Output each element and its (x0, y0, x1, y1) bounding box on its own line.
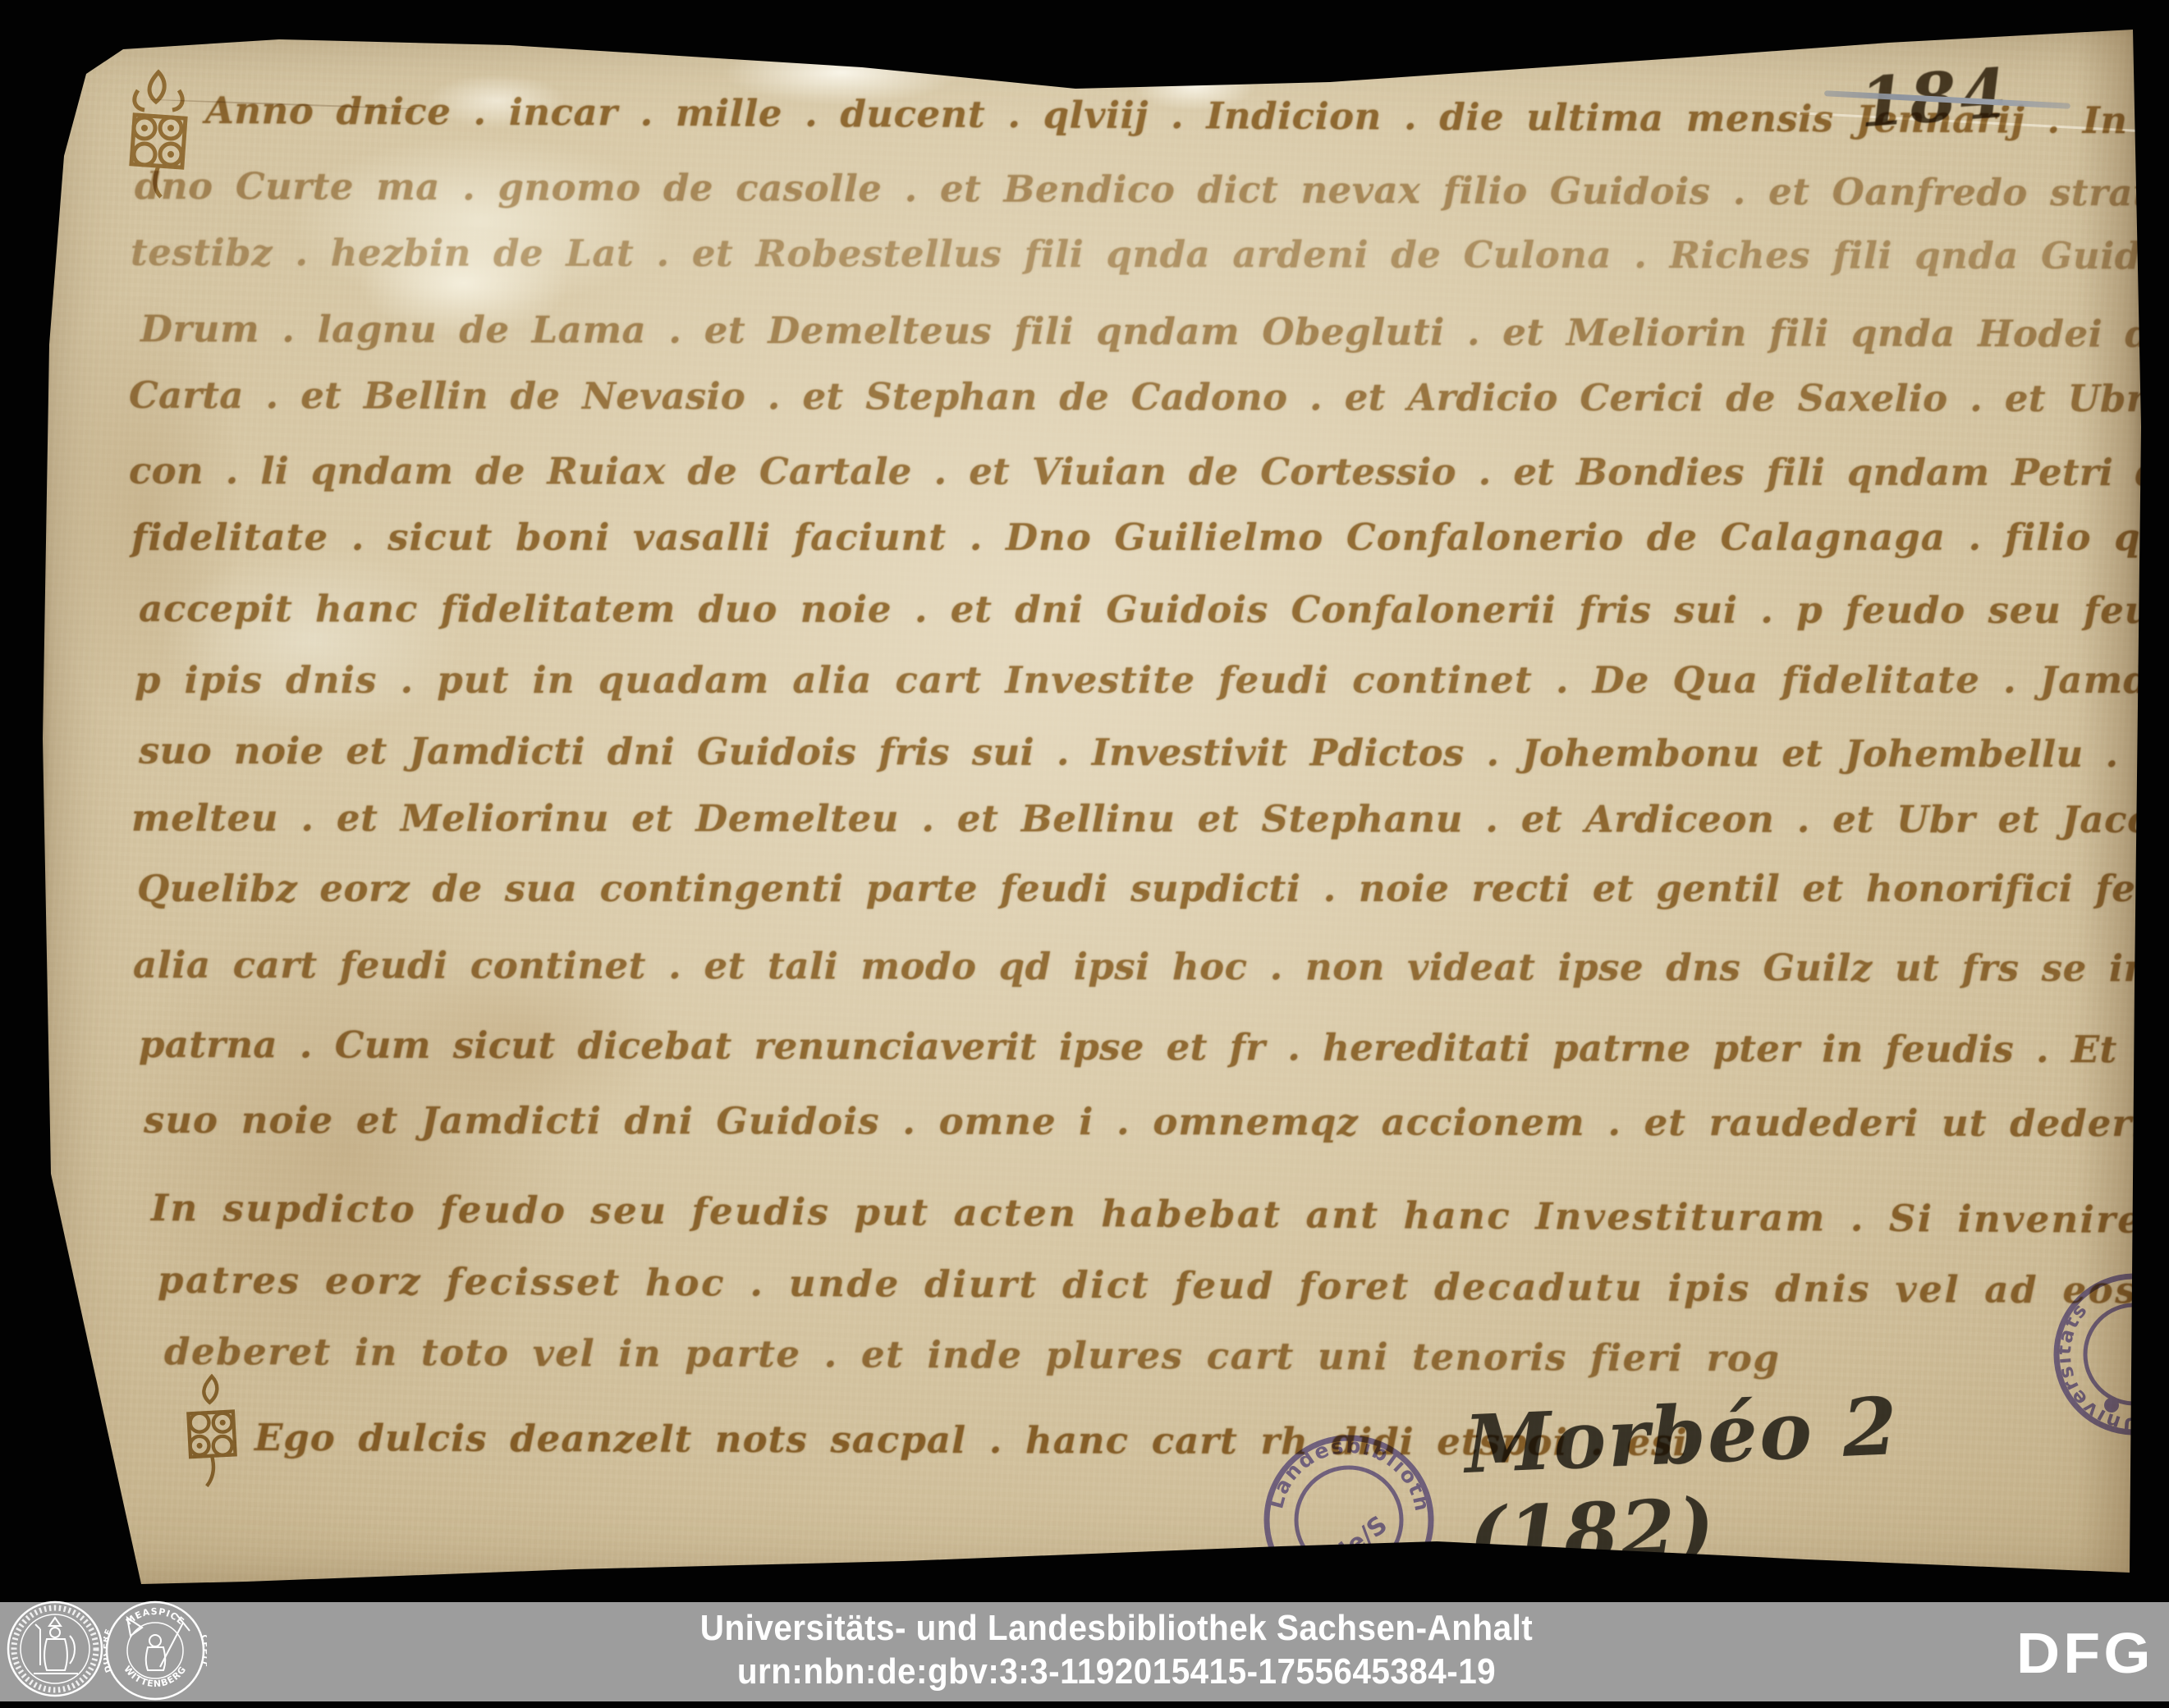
svg-text:CEPIT: CEPIT (199, 1634, 207, 1668)
shelfmark-annotation: Morbéo 2 (182) (1462, 1369, 2146, 1584)
manuscript-line: Quelibz eorz de sua contingenti parte fe… (137, 867, 2169, 910)
faded-patch (287, 135, 673, 308)
manuscript-line: alia cart feudi continet . et tali modo … (133, 943, 2169, 991)
svg-text:WITTENBERG: WITTENBERG (122, 1664, 188, 1689)
svg-text:Universitäts: Universitäts (2048, 1294, 2148, 1440)
seal-motto-right: CEPIT (199, 1634, 207, 1668)
svg-text:DOCERE: DOCERE (103, 1628, 114, 1674)
university-seal-left-icon (5, 1599, 105, 1706)
university-seal-right-icon: MEASPICE WITTENBERG DOCERE CEPIT (103, 1599, 207, 1706)
svg-text:u. Landesbibliothek: u. Landesbibliothek (1263, 1434, 1435, 1525)
manuscript-line: In supdicto feudo seu feudis put acten h… (151, 1186, 2169, 1245)
manuscript-line: deberet in toto vel in parte . et inde p… (164, 1330, 1781, 1381)
manuscript-line: patres eorz fecisset hoc . unde diurt di… (158, 1258, 2169, 1315)
stamp-inner-text: Halle/S (1299, 1510, 1393, 1593)
parchment-document: Anno dnice . incar . mille . ducent . ql… (41, 25, 2143, 1594)
stamp-arc-text: u. Landesbibliothek (1263, 1434, 1435, 1525)
manuscript-line: patrna . Cum sicut dicebat renunciaverit… (139, 1023, 2169, 1073)
manuscript-line: suo noie et Jamdicti dni Guidois fris su… (139, 729, 2169, 777)
manuscript-line: testibz . hezbin de Lat . et Robestellus… (131, 231, 2169, 279)
seal-motto-left: DOCERE (103, 1628, 114, 1674)
manuscript-line: accepit hanc fidelitatem duo noie . et d… (139, 587, 2169, 633)
seal-motto-top: MEASPICE (124, 1606, 186, 1628)
manuscript-line: Carta . et Bellin de Nevasio . et Stepha… (129, 373, 2169, 422)
manuscript-line: p ipis dnis . put in quadam alia cart In… (135, 658, 2169, 702)
library-name: Universitäts- und Landesbibliothek Sachs… (406, 1607, 1827, 1650)
manuscript-line: suo noie et Jamdicti dni Guidois . omne … (144, 1098, 2169, 1147)
manuscript-line: con . li qndam de Ruiax de Cartale . et … (129, 449, 2169, 495)
footer-text-block: Universitäts- und Landesbibliothek Sachs… (406, 1607, 1827, 1694)
library-stamp-center: u. Landesbibliothek Halle/S (1259, 1430, 1439, 1610)
urn-identifier: urn:nbn:de:gbv:3:3-1192015415-1755645384… (406, 1650, 1827, 1694)
notary-sign-bottom-icon (171, 1371, 253, 1490)
manuscript-line: fidelitate . sicut boni vasalli faciunt … (131, 515, 2169, 559)
footer-bar: MEASPICE WITTENBERG DOCERE CEPIT Univers… (0, 1602, 2169, 1701)
manuscript-line: Drum . lagnu de Lama . et Demelteus fili… (140, 307, 2169, 357)
svg-text:MEASPICE: MEASPICE (124, 1606, 186, 1628)
manuscript-line: melteu . et Meliorinu et Demelteu . et B… (131, 796, 2169, 842)
dfg-logo: DFG (2016, 1620, 2154, 1686)
library-stamp-right: Universitäts (2048, 1268, 2169, 1440)
faded-patch (164, 550, 460, 730)
manuscript-line: dno Curte ma . gnomo de casolle . et Ben… (135, 164, 2169, 217)
stamp-arc-text: Universitäts (2048, 1294, 2148, 1440)
seal-motto-bottom: WITTENBERG (122, 1664, 188, 1689)
scan-background: Anno dnice . incar . mille . ducent . ql… (0, 0, 2169, 1708)
stamp-dot (2104, 1398, 2119, 1413)
